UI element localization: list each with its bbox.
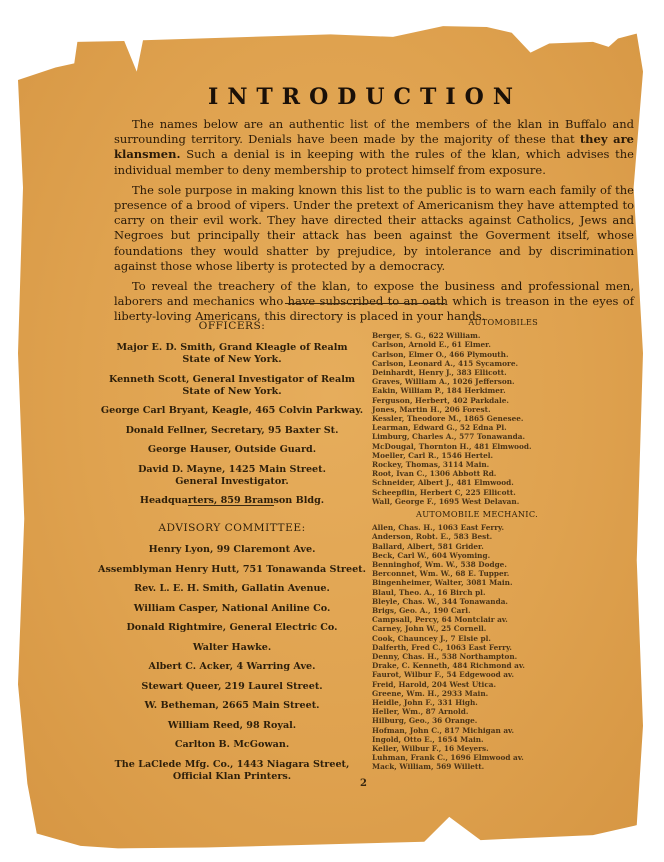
directory-row: Anderson, Robt. E., 583 Best. xyxy=(372,532,572,541)
entry-line: Carlton B. McGowan. xyxy=(96,739,368,751)
officers-section: OFFICERS: Major E. D. Smith, Grand Kleag… xyxy=(96,320,368,515)
automobiles-heading: AUTOMOBILES xyxy=(372,318,572,327)
directory-row: Learman, Edward G., 52 Edna Pl. xyxy=(372,423,572,432)
entry-line: William Casper, National Aniline Co. xyxy=(96,603,368,615)
directory-row: Heller, Wm., 87 Arnold. xyxy=(372,707,572,716)
directory-row: Kessler, Theodore M., 1865 Genesee. xyxy=(372,414,572,423)
advisory-entry: Walter Hawke. xyxy=(96,642,368,654)
advisory-entry: Stewart Queer, 219 Laurel Street. xyxy=(96,681,368,693)
directory-row: Root, Ivan C., 1306 Abbott Rd. xyxy=(372,469,572,478)
directory-row: Carlson, Leonard A., 415 Sycamore. xyxy=(372,359,572,368)
directory-row: Bingenheimer, Walter, 3081 Main. xyxy=(372,578,572,587)
advisory-entry: Rev. L. E. H. Smith, Gallatin Avenue. xyxy=(96,583,368,595)
directory-row: Wall, George F., 1695 West Delavan. xyxy=(372,497,572,506)
automobile-mechanic-section: AUTOMOBILE MECHANIC. Allen, Chas. H., 10… xyxy=(372,510,572,772)
directory-row: Berger, S. G., 622 William. xyxy=(372,331,572,340)
intro-p1-tail: Such a denial is in keeping with the rul… xyxy=(114,147,634,176)
entry-line: William Reed, 98 Royal. xyxy=(96,720,368,732)
advisory-entry: W. Betheman, 2665 Main Street. xyxy=(96,700,368,712)
advisory-entry: Albert C. Acker, 4 Warring Ave. xyxy=(96,661,368,673)
entry-line: Henry Lyon, 99 Claremont Ave. xyxy=(96,544,368,556)
entry-line: The LaClede Mfg. Co., 1443 Niagara Stree… xyxy=(96,759,368,771)
officers-divider xyxy=(188,505,274,506)
entry-line: General Investigator. xyxy=(96,476,368,488)
advisory-committee-section: ADVISORY COMMITTEE: Henry Lyon, 99 Clare… xyxy=(96,522,368,790)
directory-row: Greene, Wm. H., 2933 Main. xyxy=(372,689,572,698)
directory-row: Keller, Wilbur F., 16 Meyers. xyxy=(372,744,572,753)
directory-row: Rockey, Thomas, 3114 Main. xyxy=(372,460,572,469)
advisory-entry: William Casper, National Aniline Co. xyxy=(96,603,368,615)
directory-row: Beck, Carl W., 604 Wyoming. xyxy=(372,551,572,560)
advisory-entry: Henry Lyon, 99 Claremont Ave. xyxy=(96,544,368,556)
directory-row: Campsall, Percy, 64 Montclair av. xyxy=(372,615,572,624)
automobiles-section: AUTOMOBILES Berger, S. G., 622 William.C… xyxy=(372,318,572,506)
advisory-entry: William Reed, 98 Royal. xyxy=(96,720,368,732)
directory-row: Carlson, Arnold E., 61 Elmer. xyxy=(372,340,572,349)
directory-row: Limburg, Charles A., 577 Tonawanda. xyxy=(372,432,572,441)
advisory-entry: Donald Rightmire, General Electric Co. xyxy=(96,622,368,634)
directory-row: Ballard, Albert, 581 Grider. xyxy=(372,542,572,551)
directory-row: Allen, Chas. H., 1063 East Ferry. xyxy=(372,523,572,532)
directory-row: Eakin, William P., 184 Herkimer. xyxy=(372,386,572,395)
entry-line: State of New York. xyxy=(96,386,368,398)
directory-row: Freid, Harold, 204 West Utica. xyxy=(372,680,572,689)
entry-line: State of New York. xyxy=(96,354,368,366)
directory-row: Heidle, John F., 331 High. xyxy=(372,698,572,707)
document-page: ​ INTRODUCTION The names below are an au… xyxy=(0,0,664,862)
directory-row: Ingold, Otto E., 1654 Main. xyxy=(372,735,572,744)
entry-line: Walter Hawke. xyxy=(96,642,368,654)
directory-row: Brigs, Geo. A., 190 Carl. xyxy=(372,606,572,615)
directory-row: Schneider, Albert J., 481 Elmwood. xyxy=(372,478,572,487)
officers-entry: David D. Mayne, 1425 Main Street.General… xyxy=(96,464,368,488)
directory-row: Moeller, Carl R., 1546 Hertel. xyxy=(372,451,572,460)
entry-line: Donald Fellner, Secretary, 95 Baxter St. xyxy=(96,425,368,437)
directory-row: Ferguson, Herbert, 402 Parkdale. xyxy=(372,396,572,405)
page-title: INTRODUCTION xyxy=(200,84,530,110)
directory-row: Faurot, Wilbur F., 54 Edgewood av. xyxy=(372,670,572,679)
intro-paragraph-1: The names below are an authentic list of… xyxy=(114,117,634,178)
directory-row: Scheepflin, Herbert C, 225 Ellicott. xyxy=(372,488,572,497)
directory-row: Jones, Martin H., 206 Forest. xyxy=(372,405,572,414)
officers-entry: Major E. D. Smith, Grand Kleagle of Real… xyxy=(96,342,368,366)
officers-entry: Kenneth Scott, General Investigator of R… xyxy=(96,374,368,398)
entry-line: W. Betheman, 2665 Main Street. xyxy=(96,700,368,712)
directory-row: Blaul, Theo. A., 16 Birch pl. xyxy=(372,588,572,597)
directory-row: Hofman, John C., 817 Michigan av. xyxy=(372,726,572,735)
section-divider xyxy=(285,303,445,304)
directory-row: Carlson, Elmer O., 466 Plymouth. xyxy=(372,350,572,359)
directory-row: Carney, John W., 25 Cornell. xyxy=(372,624,572,633)
entry-line: David D. Mayne, 1425 Main Street. xyxy=(96,464,368,476)
directory-row: Drake, C. Kenneth, 484 Richmond av. xyxy=(372,661,572,670)
mechanics-heading: AUTOMOBILE MECHANIC. xyxy=(372,510,572,519)
entry-line: Kenneth Scott, General Investigator of R… xyxy=(96,374,368,386)
directory-row: Dalferth, Fred C., 1063 East Ferry. xyxy=(372,643,572,652)
officers-entry: George Hauser, Outside Guard. xyxy=(96,444,368,456)
directory-row: Berconnet, Wm. W., 68 E. Tupper. xyxy=(372,569,572,578)
officers-heading: OFFICERS: xyxy=(96,320,368,332)
directory-row: McDougal, Thornton H., 481 Elmwood. xyxy=(372,442,572,451)
page-number: 2 xyxy=(360,778,367,789)
directory-row: Bleyle, Chas. W., 344 Tonawanda. xyxy=(372,597,572,606)
advisory-entry: Carlton B. McGowan. xyxy=(96,739,368,751)
entry-line: George Hauser, Outside Guard. xyxy=(96,444,368,456)
entry-line: George Carl Bryant, Keagle, 465 Colvin P… xyxy=(96,405,368,417)
intro-p1-text: The names below are an authentic list of… xyxy=(114,117,634,146)
directory-row: Graves, William A., 1026 Jefferson. xyxy=(372,377,572,386)
entry-line: Stewart Queer, 219 Laurel Street. xyxy=(96,681,368,693)
entry-line: Albert C. Acker, 4 Warring Ave. xyxy=(96,661,368,673)
intro-paragraph-2: The sole purpose in making known this li… xyxy=(114,183,634,274)
directory-row: Denny, Chas. H., 538 Northampton. xyxy=(372,652,572,661)
entry-line: Major E. D. Smith, Grand Kleagle of Real… xyxy=(96,342,368,354)
introduction-text: The names below are an authentic list of… xyxy=(114,117,634,330)
entry-line: Assemblyman Henry Hutt, 751 Tonawanda St… xyxy=(96,564,368,576)
directory-row: Luhman, Frank C., 1696 Elmwood av. xyxy=(372,753,572,762)
officers-entry: Donald Fellner, Secretary, 95 Baxter St. xyxy=(96,425,368,437)
directory-row: Benninghof, Wm. W., 538 Dodge. xyxy=(372,560,572,569)
entry-line: Official Klan Printers. xyxy=(96,771,368,783)
advisory-entry: The LaClede Mfg. Co., 1443 Niagara Stree… xyxy=(96,759,368,783)
directory-row: Deinhardt, Henry J., 383 Ellicott. xyxy=(372,368,572,377)
entry-line: Donald Rightmire, General Electric Co. xyxy=(96,622,368,634)
advisory-entry: Assemblyman Henry Hutt, 751 Tonawanda St… xyxy=(96,564,368,576)
entry-line: Rev. L. E. H. Smith, Gallatin Avenue. xyxy=(96,583,368,595)
advisory-heading: ADVISORY COMMITTEE: xyxy=(96,522,368,534)
directory-row: Mack, William, 569 Willett. xyxy=(372,762,572,771)
officers-entry: George Carl Bryant, Keagle, 465 Colvin P… xyxy=(96,405,368,417)
directory-row: Cook, Chauncey J., 7 Elsie pl. xyxy=(372,634,572,643)
directory-row: Hilburg, Geo., 36 Orange. xyxy=(372,716,572,725)
